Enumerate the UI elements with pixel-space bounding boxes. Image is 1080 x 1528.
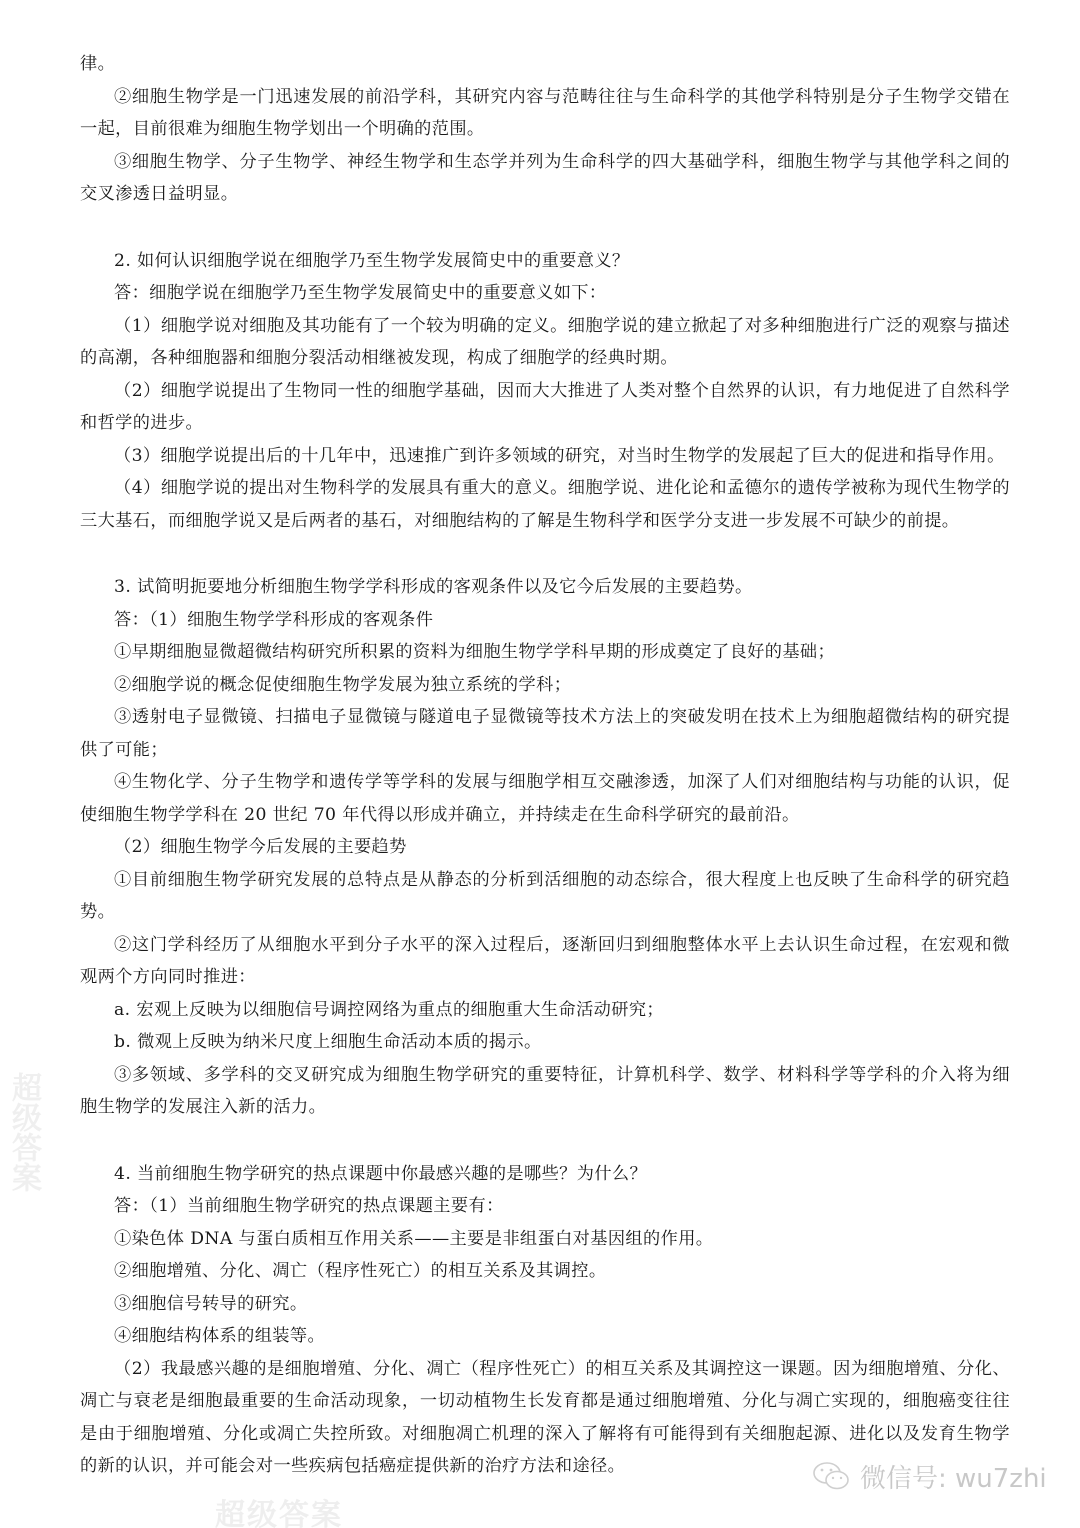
document-page: 律。 ②细胞生物学是一门迅速发展的前沿学科，其研究内容与范畴往往与生命科学的其他… (80, 48, 1010, 1483)
paragraph: ①目前细胞生物学研究发展的总特点是从静态的分析到活细胞的动态综合，很大程度上也反… (80, 864, 1010, 929)
paragraph: （4）细胞学说的提出对生物科学的发展具有重大的意义。细胞学说、进化论和孟德尔的遗… (80, 472, 1010, 537)
question-4: 4. 当前细胞生物学研究的热点课题中你最感兴趣的是哪些？为什么？ (80, 1158, 1010, 1191)
paragraph: b. 微观上反映为纳米尺度上细胞生命活动本质的揭示。 (80, 1026, 1010, 1059)
answer-lead: 答：（1）当前细胞生物学研究的热点课题主要有： (80, 1190, 1010, 1223)
paragraph: （2）细胞学说提出了生物同一性的细胞学基础，因而大大推进了人类对整个自然界的认识… (80, 375, 1010, 440)
paragraph: ④生物化学、分子生物学和遗传学等学科的发展与细胞学相互交融渗透，加深了人们对细胞… (80, 766, 1010, 831)
paragraph: ④细胞结构体系的组装等。 (80, 1320, 1010, 1353)
wechat-id: 微信号: wu7zhi (860, 1458, 1047, 1495)
bottom-watermark: 超级答案 (215, 1490, 343, 1528)
paragraph: ②细胞增殖、分化、凋亡（程序性死亡）的相互关系及其调控。 (80, 1255, 1010, 1288)
paragraph: （3）细胞学说提出后的十几年中，迅速推广到许多领域的研究，对当时生物学的发展起了… (80, 440, 1010, 473)
wechat-icon (812, 1460, 852, 1494)
paragraph: ③细胞生物学、分子生物学、神经生物学和生态学并列为生命科学的四大基础学科，细胞生… (80, 146, 1010, 211)
side-watermark: 超级答案 (6, 1072, 42, 1192)
subheading: （2）细胞生物学今后发展的主要趋势 (80, 831, 1010, 864)
paragraph: ②这门学科经历了从细胞水平到分子水平的深入过程后，逐渐回归到细胞整体水平上去认识… (80, 929, 1010, 994)
answer-lead: 答：（1）细胞生物学学科形成的客观条件 (80, 604, 1010, 637)
paragraph: ③透射电子显微镜、扫描电子显微镜与隧道电子显微镜等技术方法上的突破发明在技术上为… (80, 701, 1010, 766)
paragraph: ①早期细胞显微超微结构研究所积累的资料为细胞生物学学科早期的形成奠定了良好的基础… (80, 636, 1010, 669)
wechat-watermark: 微信号: wu7zhi (812, 1458, 1047, 1495)
answer-lead: 答：细胞学说在细胞学乃至生物学发展简史中的重要意义如下： (80, 277, 1010, 310)
paragraph: a. 宏观上反映为以细胞信号调控网络为重点的细胞重大生命活动研究； (80, 994, 1010, 1027)
paragraph: ③多领域、多学科的交叉研究成为细胞生物学研究的重要特征，计算机科学、数学、材料科… (80, 1059, 1010, 1124)
paragraph: ②细胞学说的概念促使细胞生物学发展为独立系统的学科； (80, 669, 1010, 702)
paragraph: （1）细胞学说对细胞及其功能有了一个较为明确的定义。细胞学说的建立掀起了对多种细… (80, 310, 1010, 375)
paragraph: 律。 (80, 48, 1010, 81)
question-2: 2. 如何认识细胞学说在细胞学乃至生物学发展简史中的重要意义？ (80, 245, 1010, 278)
paragraph: ①染色体 DNA 与蛋白质相互作用关系——主要是非组蛋白对基因组的作用。 (80, 1223, 1010, 1256)
paragraph: ③细胞信号转导的研究。 (80, 1288, 1010, 1321)
paragraph: ②细胞生物学是一门迅速发展的前沿学科，其研究内容与范畴往往与生命科学的其他学科特… (80, 81, 1010, 146)
question-3: 3. 试简明扼要地分析细胞生物学学科形成的客观条件以及它今后发展的主要趋势。 (80, 571, 1010, 604)
